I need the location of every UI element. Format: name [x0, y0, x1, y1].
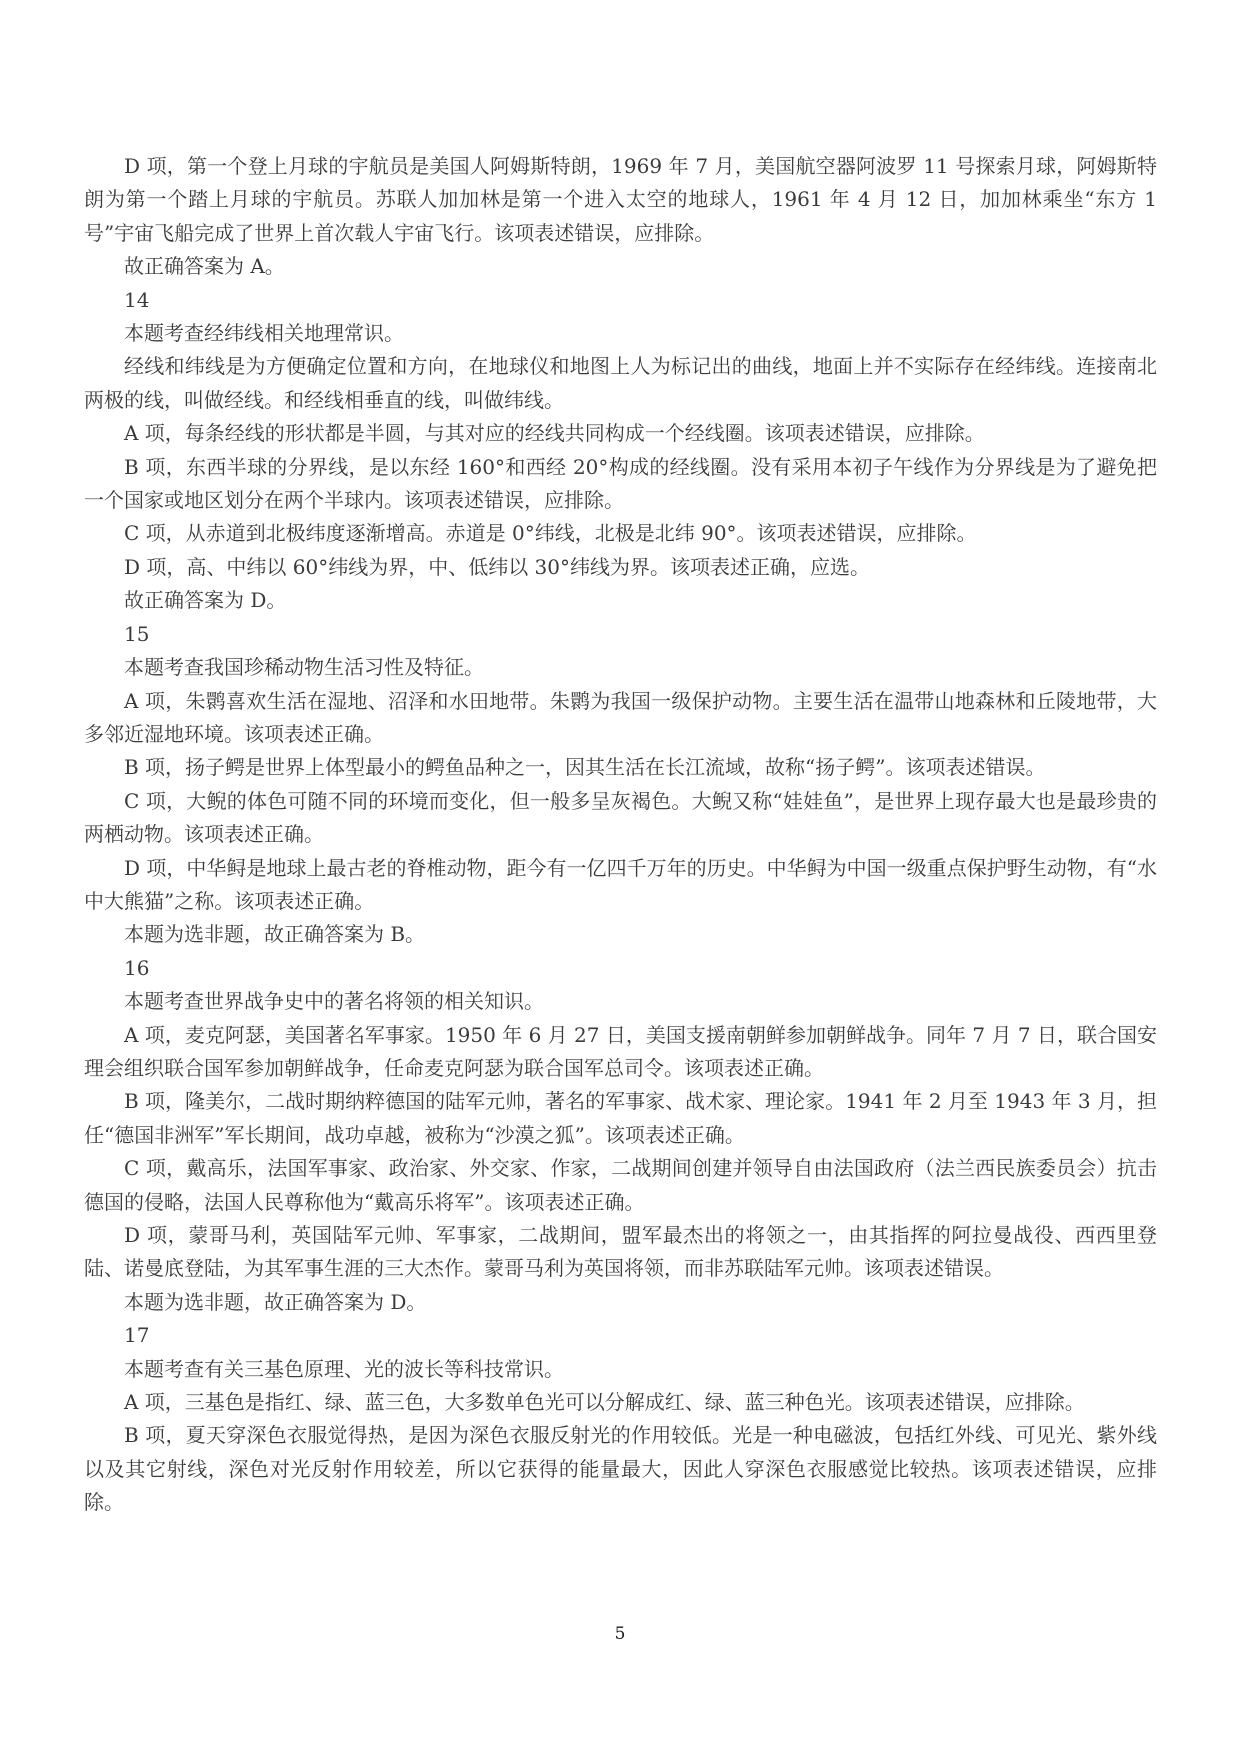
q13-answer-line: 故正确答案为 A。 — [84, 250, 1157, 283]
q17-option-a-paragraph: A 项，三基色是指红、绿、蓝三色，大多数单色光可以分解成红、绿、蓝三种色光。该项… — [84, 1386, 1157, 1419]
q14-option-c-paragraph: C 项，从赤道到北极纬度逐渐增高。赤道是 0°纬线，北极是北纬 90°。该项表述… — [84, 517, 1157, 550]
q14-option-d-paragraph: D 项，高、中纬以 60°纬线为界，中、低纬以 30°纬线为界。该项表述正确，应… — [84, 551, 1157, 584]
q16-option-d-paragraph: D 项，蒙哥马利，英国陆军元帅、军事家，二战期间，盟军最杰出的将领之一，由其指挥… — [84, 1219, 1157, 1286]
document-body: D 项，第一个登上月球的宇航员是美国人阿姆斯特朗，1969 年 7 月，美国航空… — [84, 150, 1157, 1520]
question-number-14: 14 — [84, 284, 1157, 317]
q16-option-b-paragraph: B 项，隆美尔，二战时期纳粹德国的陆军元帅，著名的军事家、战术家、理论家。194… — [84, 1085, 1157, 1152]
q15-option-b-paragraph: B 项，扬子鳄是世界上体型最小的鳄鱼品种之一，因其生活在长江流域，故称“扬子鳄”… — [84, 751, 1157, 784]
question-number-16: 16 — [84, 952, 1157, 985]
q15-intro-paragraph: 本题考查我国珍稀动物生活习性及特征。 — [84, 651, 1157, 684]
q16-option-c-paragraph: C 项，戴高乐，法国军事家、政治家、外交家、作家，二战期间创建并领导自由法国政府… — [84, 1152, 1157, 1219]
question-number-15: 15 — [84, 618, 1157, 651]
q15-option-a-paragraph: A 项，朱鹮喜欢生活在湿地、沼泽和水田地带。朱鹮为我国一级保护动物。主要生活在温… — [84, 685, 1157, 752]
q13-option-d-paragraph: D 项，第一个登上月球的宇航员是美国人阿姆斯特朗，1969 年 7 月，美国航空… — [84, 150, 1157, 250]
q15-option-c-paragraph: C 项，大鲵的体色可随不同的环境而变化，但一般多呈灰褐色。大鲵又称“娃娃鱼”，是… — [84, 785, 1157, 852]
q16-answer-line: 本题为选非题，故正确答案为 D。 — [84, 1286, 1157, 1319]
question-number-17: 17 — [84, 1319, 1157, 1352]
q17-option-b-paragraph: B 项，夏天穿深色衣服觉得热，是因为深色衣服反射光的作用较低。光是一种电磁波，包… — [84, 1419, 1157, 1519]
q14-option-a-paragraph: A 项，每条经线的形状都是半圆，与其对应的经线共同构成一个经线圈。该项表述错误，… — [84, 417, 1157, 450]
q14-intro-paragraph: 本题考查经纬线相关地理常识。 — [84, 317, 1157, 350]
q14-option-b-paragraph: B 项，东西半球的分界线，是以东经 160°和西经 20°构成的经线圈。没有采用… — [84, 451, 1157, 518]
document-page: D 项，第一个登上月球的宇航员是美国人阿姆斯特朗，1969 年 7 月，美国航空… — [0, 0, 1240, 1754]
q15-option-d-paragraph: D 项，中华鲟是地球上最古老的脊椎动物，距今有一亿四千万年的历史。中华鲟为中国一… — [84, 852, 1157, 919]
page-number: 5 — [0, 1622, 1240, 1646]
q14-background-paragraph: 经线和纬线是为方便确定位置和方向，在地球仪和地图上人为标记出的曲线，地面上并不实… — [84, 350, 1157, 417]
q16-option-a-paragraph: A 项，麦克阿瑟，美国著名军事家。1950 年 6 月 27 日，美国支援南朝鲜… — [84, 1019, 1157, 1086]
q16-intro-paragraph: 本题考查世界战争史中的著名将领的相关知识。 — [84, 985, 1157, 1018]
q17-intro-paragraph: 本题考查有关三基色原理、光的波长等科技常识。 — [84, 1353, 1157, 1386]
q15-answer-line: 本题为选非题，故正确答案为 B。 — [84, 918, 1157, 951]
q14-answer-line: 故正确答案为 D。 — [84, 584, 1157, 617]
